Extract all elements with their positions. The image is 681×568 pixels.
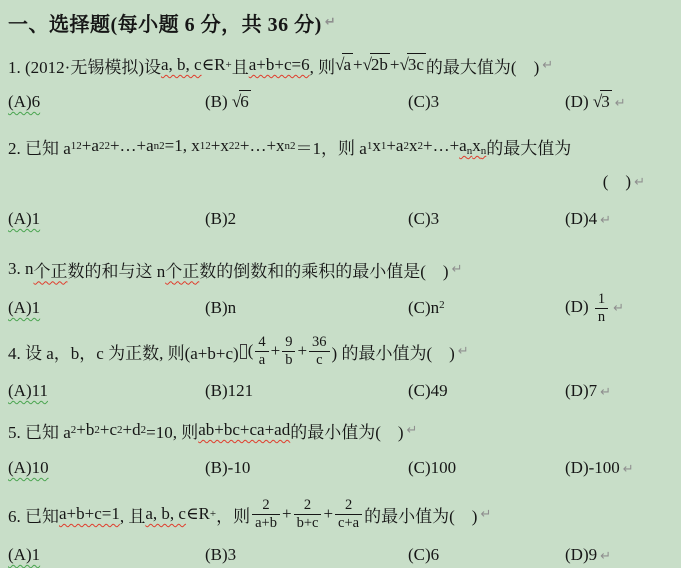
question-3-option-b: (B)n <box>205 298 408 318</box>
question-6-option-d: (D)9↵ <box>565 545 679 565</box>
question-3-option-d: (D) 1n↵ <box>565 291 679 325</box>
question-4-option-b: (B)121 <box>205 381 408 401</box>
document-page: { "page": { "background_color": "#c8dec8… <box>0 0 681 568</box>
question-4-option-d: (D)7↵ <box>565 381 679 401</box>
question-6-options: (A)1 (B)3 (C)6 (D)9↵ <box>8 542 679 568</box>
question-6-option-c: (C)6 <box>408 545 565 565</box>
question-1-option-c: (C)3 <box>408 92 565 112</box>
question-3-option-a: (A)1 <box>8 298 205 318</box>
question-5-option-c: (C)100 <box>408 458 565 478</box>
question-5-option-a: (A)10 <box>8 458 205 478</box>
question-6-stem: 6. 已知 a+b+c=1, 且 a, b, c∈R+，则 2a+b+2b+c+… <box>8 486 679 542</box>
question-6-option-b: (B)3 <box>205 545 408 565</box>
question-2-option-d: (D)4↵ <box>565 209 679 229</box>
question-1-option-b: (B) √6 <box>205 92 408 112</box>
question-2-stem: 2. 已知 a12+a22+…+an2=1, x12+x22+…+xn2＝1，则… <box>8 128 679 164</box>
question-2-option-b: (B)2 <box>205 209 408 229</box>
question-4-stem: 4. 设 a，b，c 为正数, 则(a+b+c)(4a+9b+36c) 的最小值… <box>8 326 679 376</box>
question-1-stem: 1. (2012·无锡模拟)设 a, b, c∈R+且 a+b+c=6, 则 √… <box>8 47 679 83</box>
question-5-options: (A)10 (B)-10 (C)100 (D)-100↵ <box>8 452 679 484</box>
question-4-option-c: (C)49 <box>408 381 565 401</box>
question-5-stem: 5. 已知 a2+b2+c2+d2=10, 则 ab+bc+ca+ad 的最小值… <box>8 413 679 447</box>
question-5-option-b: (B)-10 <box>205 458 408 478</box>
question-2-answer-paren: ( )↵ <box>8 166 679 198</box>
question-1-options: (A)6 (B) √6 (C)3 (D) √3↵ <box>8 86 679 118</box>
question-4-options: (A)11 (B)121 (C)49 (D)7↵ <box>8 376 679 406</box>
question-1-option-d: (D) √3↵ <box>565 92 679 112</box>
question-2-option-a: (A)1 <box>8 209 205 229</box>
question-2-option-c: (C)3 <box>408 209 565 229</box>
question-1-option-a: (A)6 <box>8 92 205 112</box>
question-6-option-a: (A)1 <box>8 545 205 565</box>
question-3-option-c: (C)n2 <box>408 298 565 318</box>
question-3-options: (A)1 (B)n (C)n2 (D) 1n↵ <box>8 286 679 330</box>
question-3-stem: 3. n 个正数的和与这 n 个正数的倒数和的乘积的最小值是( )↵ <box>8 252 679 286</box>
question-4-option-a: (A)11 <box>8 381 205 401</box>
question-5-option-d: (D)-100↵ <box>565 458 679 478</box>
section-title: 一、选择题(每小题 6 分，共 36 分)↵ <box>8 6 679 38</box>
question-2-options: (A)1 (B)2 (C)3 (D)4↵ <box>8 203 679 235</box>
